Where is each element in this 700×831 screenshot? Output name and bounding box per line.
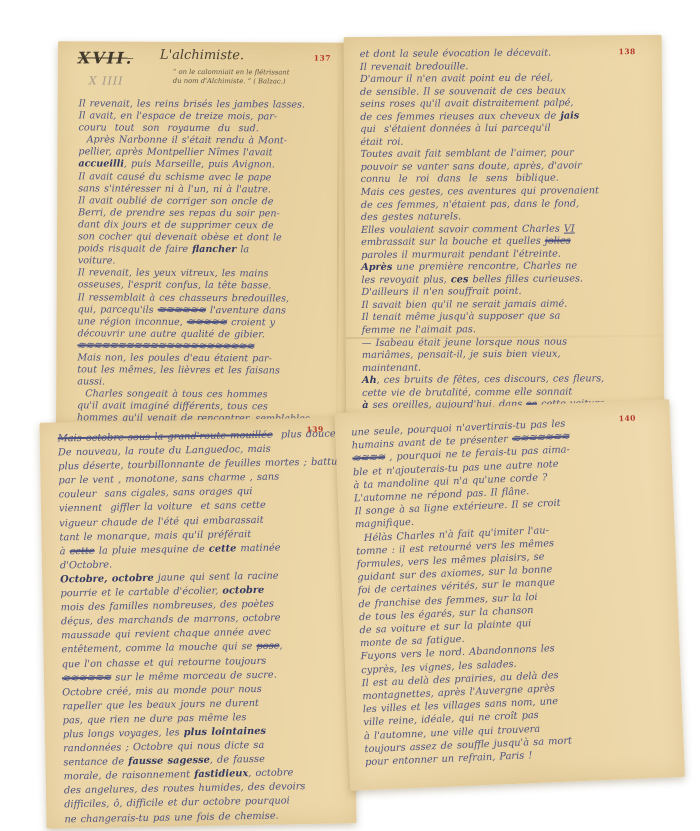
page-body: Il revenait, les reins brisés les jambes… xyxy=(56,98,351,426)
chapter-number-pencil: X IIII xyxy=(89,74,124,87)
manuscript-page-139: 139 Mais octobre sous la grand'route mou… xyxy=(39,417,356,828)
chapter-number-struck: XVII. xyxy=(78,48,133,67)
manuscript-line: sans s'intéresser ni à l'un, ni à l'autr… xyxy=(78,183,342,196)
page-header: XVII. L'alchimiste. X IIII “ on le calom… xyxy=(58,41,351,100)
epigraph: “ on le calomniait en le flétrissant du … xyxy=(173,68,343,86)
manuscript-line: osseuses, l'esprit confus, la tête basse… xyxy=(78,280,342,293)
epigraph-line: du nom d'Alchimiste. ” ( Balzac.) xyxy=(173,76,343,85)
manuscript-page-140: 140 une seule, pourquoi n'avertirais-tu … xyxy=(334,399,685,791)
manuscript-line: accueilli, puis Marseille, puis Avignon. xyxy=(78,159,342,172)
page-body: Mais octobre sous la grand'route mouillé… xyxy=(39,417,356,827)
page-number: 137 xyxy=(314,54,331,63)
page-body: et dont la seule évocation le décevait.I… xyxy=(344,35,665,426)
manuscript-line: Il ressemblait à ces chasseurs bredouill… xyxy=(78,292,342,305)
manuscript-line: poids risquait de faire flancher la xyxy=(78,243,342,256)
page-number: 140 xyxy=(619,414,637,424)
epigraph-line: “ on le calomniait en le flétrissant xyxy=(173,68,343,77)
page-number: 139 xyxy=(306,425,323,434)
manuscript-page-137: 137 XVII. L'alchimiste. X IIII “ on le c… xyxy=(56,41,351,432)
page-title: L'alchimiste. xyxy=(160,48,244,63)
manuscript-line: Il avait causé du schisme avec le pape xyxy=(78,171,342,184)
manuscript-line: une région inconnue, ≋≋≋≋≋ croient y xyxy=(78,316,342,329)
page-number: 138 xyxy=(619,47,636,56)
manuscript-line: qui, parcequ'ils ≋≋≋≋≋≋ l'aventure dans xyxy=(78,304,342,317)
page-body: une seule, pourquoi n'avertirais-tu pas … xyxy=(334,399,684,770)
manuscript-line: tout les mêmes, les lièvres et les faisa… xyxy=(77,364,341,377)
manuscript-page-138: 138 et dont la seule évocation le déceva… xyxy=(344,35,665,426)
manuscript-line: femme ne l'aimait pas. xyxy=(362,323,654,338)
